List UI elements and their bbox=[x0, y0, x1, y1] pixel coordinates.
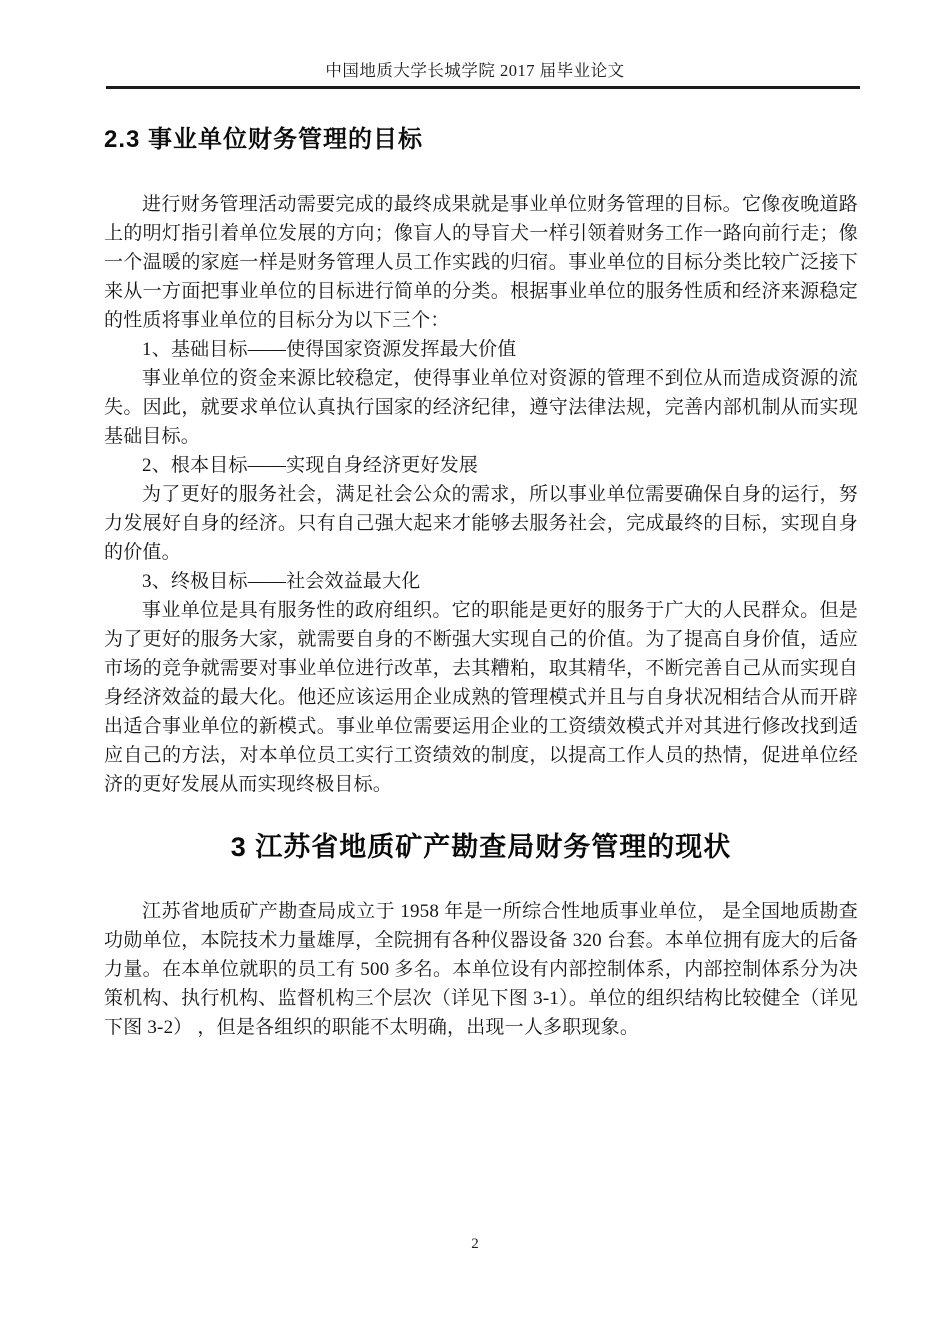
section-paragraph: 进行财务管理活动需要完成的最终成果就是事业单位财务管理的目标。它像夜晚道路上的明… bbox=[104, 190, 858, 335]
section-paragraph: 事业单位的资金来源比较稳定，使得事业单位对资源的管理不到位从而造成资源的流失。因… bbox=[104, 364, 858, 451]
section-paragraph: 为了更好的服务社会，满足社会公众的需求，所以事业单位需要确保自身的运行，努力发展… bbox=[104, 480, 858, 567]
page-content: 2.3 事业单位财务管理的目标 进行财务管理活动需要完成的最终成果就是事业单位财… bbox=[104, 124, 858, 1042]
chapter-heading-3: 3 江苏省地质矿产勘查局财务管理的现状 bbox=[104, 829, 858, 865]
running-header: 中国地质大学长城学院 2017 届毕业论文 bbox=[0, 60, 950, 82]
page-number: 2 bbox=[0, 1236, 950, 1253]
thesis-page: 中国地质大学长城学院 2017 届毕业论文 2.3 事业单位财务管理的目标 进行… bbox=[0, 0, 950, 1344]
chapter-paragraph: 江苏省地质矿产勘查局成立于 1958 年是一所综合性地质事业单位， 是全国地质勘… bbox=[104, 897, 858, 1042]
goal-item-heading-3: 3、终极目标——社会效益最大化 bbox=[104, 567, 858, 596]
goal-item-heading-2: 2、根本目标——实现自身经济更好发展 bbox=[104, 451, 858, 480]
section-paragraph: 事业单位是具有服务性的政府组织。它的职能是更好的服务于广大的人民群众。但是为了更… bbox=[104, 596, 858, 799]
goal-item-heading-1: 1、基础目标——使得国家资源发挥最大价值 bbox=[104, 335, 858, 364]
section-heading-2-3: 2.3 事业单位财务管理的目标 bbox=[104, 124, 858, 156]
header-divider bbox=[106, 86, 860, 89]
